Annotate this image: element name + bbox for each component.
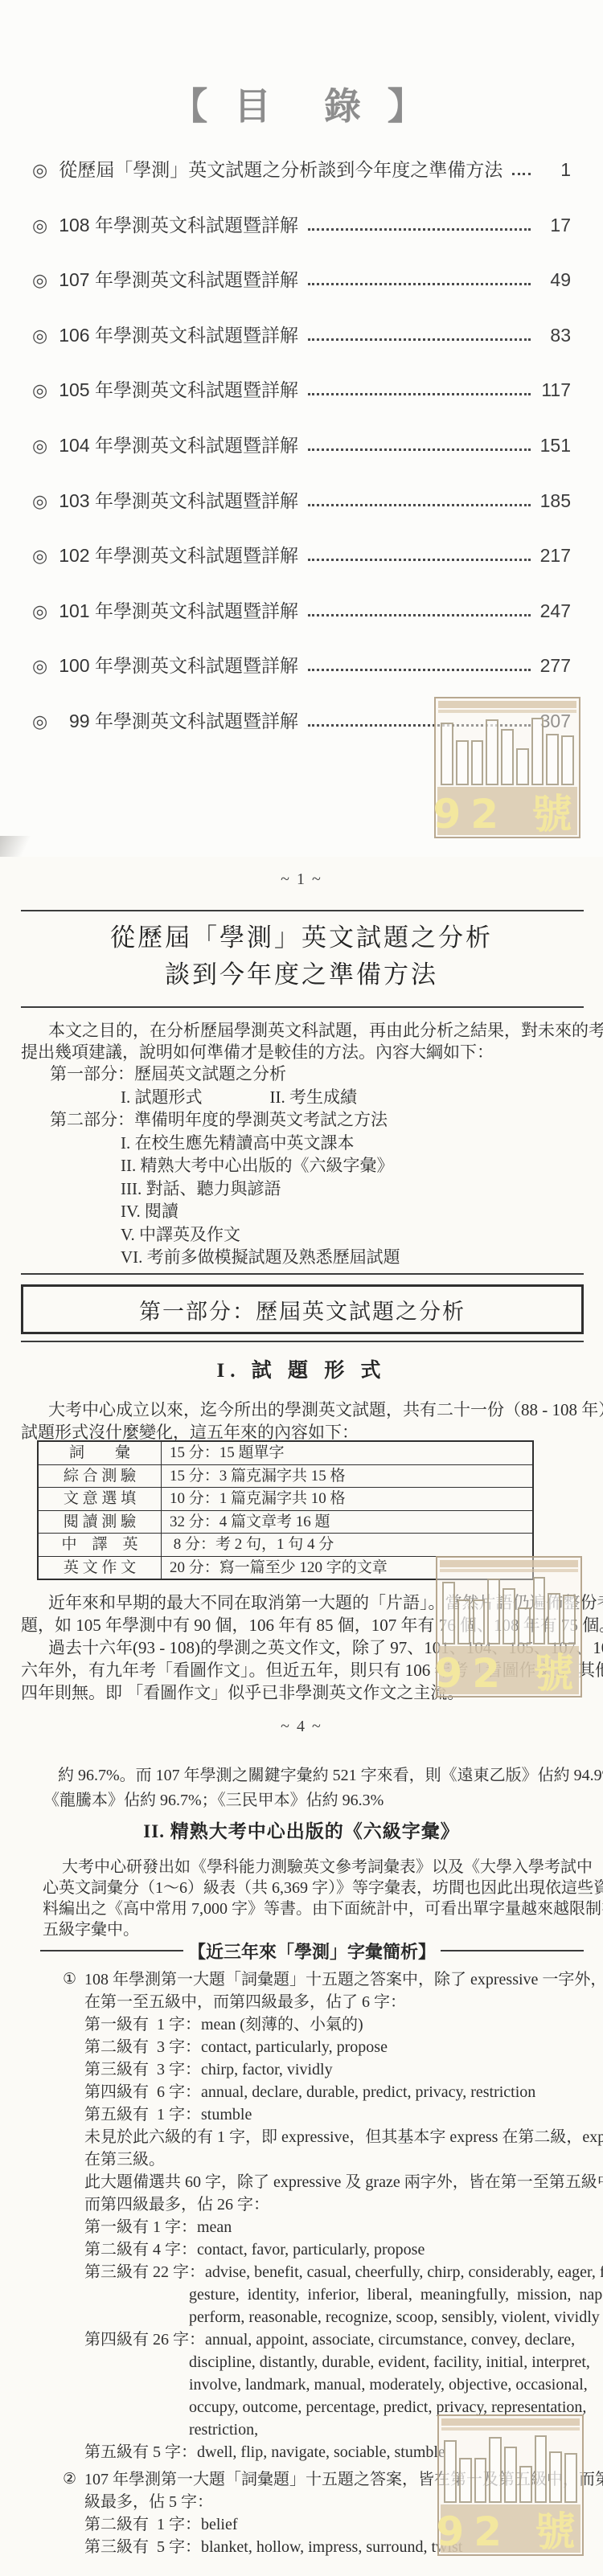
text-line: 本文之目的，在分析歷屆學測英文科試題，再由此分析之結果，對未來的考生，	[21, 1020, 584, 1042]
book-spine-icon	[533, 1577, 546, 1644]
shelf-top-bar	[440, 1560, 578, 1567]
text-line: 而第四級最多，佔 26 字：	[0, 2193, 603, 2216]
label-rule-left	[40, 1950, 183, 1951]
text-line: perform, reasonable, recognize, scoop, s…	[0, 2306, 603, 2328]
book-spine-icon	[441, 723, 453, 785]
toc-entry-page-number: 83	[539, 322, 571, 348]
watermark-label: 92 號	[439, 1646, 579, 1694]
table-row: 詞 彙15 分：15 題單字	[39, 1442, 532, 1464]
text-line: ①108 年學測第一大題「詞彙題」十五題之答案中，除了 expressive 一…	[0, 1968, 603, 1991]
book-spine-icon	[444, 2440, 457, 2503]
toc-entry-page-number: 151	[539, 432, 571, 458]
page-number-header: ~ 4 ~	[0, 1717, 603, 1736]
text-line: 第一級有 1 字：mean (刻薄的、小氣的)	[0, 2013, 603, 2036]
text-line: 心英文詞彙分（1～6）級表（共 6,369 字）》等字彙表，坊間也因此出現依這些…	[43, 1878, 586, 1898]
book-spine-icon	[518, 1607, 531, 1644]
book-spine-icon	[473, 1599, 486, 1644]
book-spine-icon	[535, 2435, 548, 2503]
double-circle-bullet-icon: ◎	[32, 709, 47, 735]
double-circle-bullet-icon: ◎	[32, 433, 47, 459]
book-spine-icon	[549, 2451, 562, 2503]
shelf-top-bar	[438, 710, 576, 713]
text-line: gesture, identity, inferior, liberal, me…	[0, 2283, 603, 2306]
circled-number-marker: ①	[63, 1968, 76, 1991]
double-circle-bullet-icon: ◎	[32, 599, 47, 625]
text-line: 大考中心研發出如《學科能力測驗英文參考詞彙表》以及《大學入學考試中	[43, 1857, 586, 1878]
double-circle-bullet-icon: ◎	[32, 158, 47, 183]
toc-entry-label: 107 年學測英文科試題暨詳解	[59, 267, 298, 293]
bookshelf-icon	[441, 715, 574, 785]
intro-paragraph: 本文之目的，在分析歷屆學測英文科試題，再由此分析之結果，對未來的考生，提出幾項建…	[21, 1020, 584, 1063]
text-line: 第二級有 3 字：contact, particularly, propose	[0, 2036, 603, 2058]
article-title: 從歷屆「學測」英文試題之分析 談到今年度之準備方法	[0, 919, 603, 993]
outline-list: 第一部分：歷屆英文試題之分析I. 試題形式 II. 考生成績第二部分：準備明年度…	[21, 1063, 584, 1269]
dot-leader	[308, 559, 531, 561]
table-cell-format: 32 分：4 篇文章考 16 題	[162, 1511, 532, 1534]
text-line: I. 在校生應先精讀高中英文課本	[21, 1132, 584, 1155]
text-line: 在第三級。	[0, 2148, 603, 2171]
text-line: III. 對話、聽力與諺語	[21, 1177, 584, 1201]
book-spine-icon	[563, 1595, 576, 1644]
text-line: discipline, distantly, durable, evident,…	[0, 2351, 603, 2373]
horizontal-rule	[21, 1006, 584, 1008]
article-title-line1: 從歷屆「學測」英文試題之分析	[0, 919, 603, 956]
book-spine-icon	[457, 1599, 470, 1644]
toc-entry-label: 從歷屆「學測」英文試題之分析談到今年度之準備方法	[59, 157, 503, 182]
book-spine-icon	[489, 2437, 502, 2503]
toc-entry: ◎105 年學測英文科試題暨詳解117	[32, 377, 571, 403]
toc-entry-label: 101 年學測英文科試題暨詳解	[59, 598, 298, 624]
text-line: 第三級有 22 字：advise, benefit, casual, cheer…	[0, 2261, 603, 2283]
text-line: 第二級有 4 字：contact, favor, particularly, p…	[0, 2238, 603, 2261]
dot-leader	[308, 614, 531, 616]
book-spine-icon	[546, 734, 559, 785]
book-spine-icon	[486, 719, 498, 785]
text-line: 在第一至五級中，而第四級最多，佔了 6 字：	[0, 1991, 603, 2013]
table-cell-format: 10 分：1 篇克漏字共 10 格	[162, 1488, 532, 1510]
double-circle-bullet-icon: ◎	[32, 653, 47, 679]
table-row: 閱 讀 測 驗32 分：4 篇文章考 16 題	[39, 1510, 532, 1534]
dot-leader	[308, 448, 531, 451]
text-line: IV. 閱讀	[21, 1200, 584, 1223]
book-spine-icon	[548, 1593, 560, 1644]
double-circle-bullet-icon: ◎	[32, 543, 47, 569]
toc-entry-page-number: 247	[539, 598, 571, 624]
text-line: involve, landmark, manual, moderately, o…	[0, 2373, 603, 2396]
toc-entry-label: 99 年學測英文科試題暨詳解	[59, 708, 298, 734]
toc-entry-label: 103 年學測英文科試題暨詳解	[59, 488, 298, 514]
toc-entry: ◎102 年學測英文科試題暨詳解217	[32, 543, 571, 568]
body-paragraph: 約 96.7%。而 107 年學測之關鍵字彙約 521 字來看，則《遠東乙版》佔…	[43, 1763, 590, 1813]
scan-corner-shadow	[0, 836, 34, 857]
book-spine-icon	[531, 718, 544, 785]
book-spine-icon	[504, 2447, 517, 2503]
horizontal-rule	[21, 1341, 584, 1342]
article-title-line2: 談到今年度之準備方法	[0, 956, 603, 993]
dot-leader	[308, 228, 531, 231]
table-cell-section: 詞 彙	[39, 1442, 162, 1464]
text-line: 此大題備選共 60 字，除了 expressive 及 graze 兩字外，皆在…	[0, 2171, 603, 2193]
toc-entry-label: 106 年學測英文科試題暨詳解	[59, 322, 298, 348]
toc-entry-page-number: 185	[539, 488, 571, 514]
text-line: 料編出之《高中常用 7,000 字》等書。由下面統計中，可看出單字量越來越限制在	[43, 1898, 586, 1919]
toc-entry: ◎100 年學測英文科試題暨詳解277	[32, 653, 571, 678]
text-line: 大考中心成立以來，迄今所出的學測英文試題，共有二十一份（88 - 108 年）。	[21, 1399, 584, 1421]
toc-entry-label: 102 年學測英文科試題暨詳解	[59, 543, 298, 568]
toc-entry: ◎104 年學測英文科試題暨詳解151	[32, 432, 571, 458]
bookshelf-icon	[442, 1574, 576, 1644]
double-circle-bullet-icon: ◎	[32, 323, 47, 349]
vocab-analysis-label-row: 【近三年來「學測」字彙簡析】	[40, 1940, 584, 1961]
toc-entry-page-number: 277	[539, 653, 571, 678]
watermark-label: 92 號	[441, 2504, 580, 2553]
dot-leader	[512, 173, 531, 175]
toc-entry: ◎103 年學測英文科試題暨詳解185	[32, 488, 571, 514]
bookshelf-icon	[444, 2432, 577, 2503]
text-line: 約 96.7%。而 107 年學測之關鍵字彙約 521 字來看，則《遠東乙版》佔…	[43, 1763, 590, 1788]
text-line: I. 試題形式 II. 考生成績	[21, 1086, 584, 1109]
body-paragraph: 大考中心研發出如《學科能力測驗英文參考詞彙表》以及《大學入學考試中心英文詞彙分（…	[43, 1857, 586, 1940]
body-paragraph: 大考中心成立以來，迄今所出的學測英文試題，共有二十一份（88 - 108 年）。…	[21, 1399, 584, 1444]
dot-leader	[308, 504, 531, 506]
toc-entry-page-number: 1	[539, 157, 571, 182]
horizontal-rule	[21, 910, 584, 911]
book-spine-icon	[516, 748, 529, 785]
toc-entry: ◎101 年學測英文科試題暨詳解247	[32, 598, 571, 624]
book-spine-icon	[456, 740, 469, 785]
toc-entry-page-number: 117	[539, 377, 571, 403]
table-cell-format: 15 分：15 題單字	[162, 1442, 532, 1464]
text-line: 第二部分：準備明年度的學測英文考試之方法	[21, 1108, 584, 1132]
table-cell-section: 中 譯 英	[39, 1534, 162, 1556]
table-cell-section: 閱 讀 測 驗	[39, 1511, 162, 1534]
book-spine-icon	[519, 2466, 532, 2503]
toc-entry: ◎從歷屆「學測」英文試題之分析談到今年度之準備方法1	[32, 157, 571, 182]
table-cell-section: 文 意 選 填	[39, 1488, 162, 1510]
toc-entry-label: 100 年學測英文科試題暨詳解	[59, 653, 298, 678]
text-line: 第三級有 3 字：chirp, factor, vividly	[0, 2058, 603, 2081]
shelf-top-bar	[440, 1569, 578, 1572]
section-heading-box: 第一部分：歷屆英文試題之分析	[21, 1284, 584, 1334]
dot-leader	[308, 338, 531, 341]
toc-entry-page-number: 17	[539, 212, 571, 238]
book-spine-icon	[487, 1579, 500, 1644]
toc-entry-label: 105 年學測英文科試題暨詳解	[59, 377, 298, 403]
text-line: 提出幾項建議，說明如何準備才是較佳的方法。內容大綱如下：	[21, 1042, 584, 1063]
book-spine-icon	[501, 729, 514, 785]
circled-number-marker: ②	[63, 2468, 76, 2491]
book-spine-icon	[561, 735, 574, 785]
bookstore-watermark-stamp: 92 號	[434, 697, 580, 838]
horizontal-rule	[21, 1273, 584, 1275]
book-spine-icon	[564, 2453, 577, 2503]
dot-leader	[308, 669, 531, 671]
text-line: 未見於此六級的有 1 字，即 expressive，但其基本字 express …	[0, 2126, 603, 2148]
book-spine-icon	[474, 2458, 487, 2503]
text-line: V. 中譯英及作文	[21, 1223, 584, 1247]
toc-entry-label: 104 年學測英文科試題暨詳解	[59, 432, 298, 458]
book-spine-icon	[459, 2458, 472, 2503]
text-line: 五級字彙中。	[43, 1919, 586, 1940]
section-heading: II. 精熟大考中心出版的《六級字彙》	[0, 1820, 603, 1843]
shelf-top-bar	[438, 701, 576, 708]
table-cell-format: 15 分：3 篇克漏字共 15 格	[162, 1465, 532, 1488]
vocab-analysis-label: 【近三年來「學測」字彙簡析】	[183, 1939, 441, 1964]
toc-entry-page-number: 217	[539, 543, 571, 568]
text-line: II. 精熟大考中心出版的《六級字彙》	[21, 1154, 584, 1177]
book-spine-icon	[503, 1588, 515, 1644]
dot-leader	[308, 283, 531, 285]
text-line: 第一部分：歷屆英文試題之分析	[21, 1063, 584, 1086]
sub-heading: I. 試 題 形 式	[0, 1360, 603, 1382]
double-circle-bullet-icon: ◎	[32, 213, 47, 239]
scanned-book-sheet: 【 目 錄 】 ◎從歷屆「學測」英文試題之分析談到今年度之準備方法1◎108 年…	[0, 0, 603, 2576]
table-row: 中 譯 英 8 分：考 2 句，1 句 4 分	[39, 1533, 532, 1556]
page-number-header: ~ 1 ~	[0, 870, 603, 889]
shelf-top-bar	[441, 2427, 580, 2431]
text-line: 第一級有 1 字：mean	[0, 2216, 603, 2238]
table-cell-format: 8 分：考 2 句，1 句 4 分	[162, 1534, 532, 1556]
label-rule-right	[441, 1950, 584, 1951]
shelf-top-bar	[441, 2418, 580, 2426]
bookstore-watermark-stamp: 92 號	[437, 2414, 584, 2556]
toc-entry-label: 108 年學測英文科試題暨詳解	[59, 212, 298, 238]
table-cell-section: 綜 合 測 驗	[39, 1465, 162, 1488]
dot-leader	[308, 393, 531, 395]
watermark-label: 92 號	[437, 787, 577, 835]
bookstore-watermark-stamp: 92 號	[436, 1556, 582, 1698]
toc-entry: ◎108 年學測英文科試題暨詳解17	[32, 212, 571, 238]
toc-entry: ◎107 年學測英文科試題暨詳解49	[32, 267, 571, 293]
text-line: 第四級有 26 字：annual, appoint, associate, ci…	[0, 2328, 603, 2351]
text-line: 第五級有 1 字：stumble	[0, 2103, 603, 2126]
toc-entry: ◎106 年學測英文科試題暨詳解83	[32, 322, 571, 348]
toc-entry-page-number: 49	[539, 267, 571, 293]
double-circle-bullet-icon: ◎	[32, 268, 47, 293]
table-row: 綜 合 測 驗15 分：3 篇克漏字共 15 格	[39, 1464, 532, 1488]
book-spine-icon	[471, 740, 484, 785]
table-cell-section: 英 文 作 文	[39, 1557, 162, 1579]
text-line: 第四級有 6 字：annual, declare, durable, predi…	[0, 2081, 603, 2103]
double-circle-bullet-icon: ◎	[32, 378, 47, 403]
text-line: 《龍騰本》佔約 96.7%；《三民甲本》佔約 96.3%	[43, 1788, 590, 1813]
text-line: VI. 考前多做模擬試題及熟悉歷屆試題	[21, 1246, 584, 1269]
double-circle-bullet-icon: ◎	[32, 489, 47, 514]
table-row: 文 意 選 填10 分：1 篇克漏字共 10 格	[39, 1487, 532, 1510]
book-spine-icon	[442, 1582, 455, 1644]
